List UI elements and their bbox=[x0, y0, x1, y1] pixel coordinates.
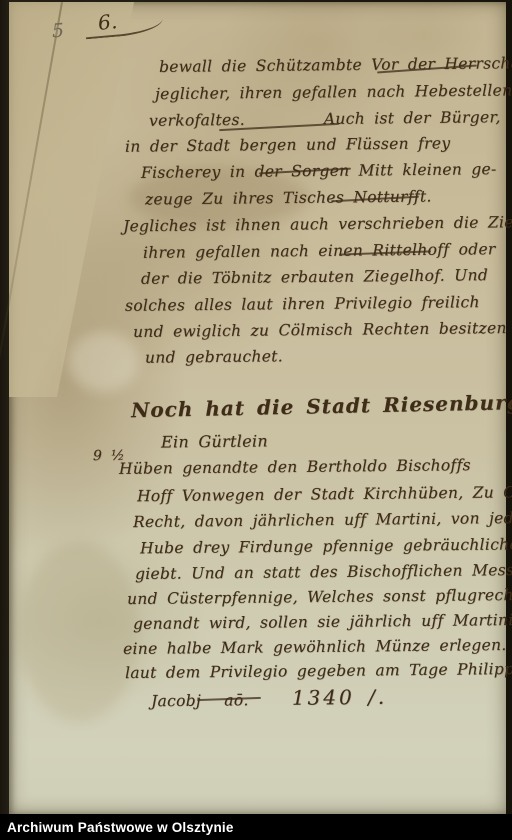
date-prefix: Jacobj bbox=[151, 692, 201, 711]
manuscript-line: Hube drey Firdunge pfennige gebräuchlich… bbox=[140, 535, 512, 558]
water-stain bbox=[19, 542, 139, 722]
manuscript-line: jeglicher, ihren gefallen nach Hebestell… bbox=[155, 81, 512, 103]
manuscript-line: Hoff Vonwegen der Stadt Kirchhüben, Zu C… bbox=[137, 483, 512, 506]
manuscript-line: laut dem Privilegio gegeben am Tage Phil… bbox=[125, 660, 512, 682]
manuscript-line: genandt wird, sollen sie jährlich uff Ma… bbox=[133, 611, 512, 633]
manuscript-line: verkofaltes. Auch ist der Bürger, bbox=[149, 108, 501, 130]
section-subheading: Ein Gürtlein bbox=[161, 431, 268, 451]
manuscript-line: und ewiglich zu Cölmisch Rechten besitze… bbox=[133, 319, 507, 341]
manuscript-line: giebt. Und an statt des Bischofflichen M… bbox=[135, 561, 512, 583]
manuscript-line: eine halbe Mark gewöhnlich Münze erlegen… bbox=[123, 636, 507, 658]
manuscript-line: und Cüsterpfennige, Welches sonst pflugr… bbox=[127, 586, 512, 608]
date-year: 1340 /. bbox=[292, 685, 388, 710]
date-ad: aō. bbox=[224, 691, 249, 709]
folio-number-pencil: 5 bbox=[51, 20, 65, 43]
manuscript-line: in der Stadt bergen und Flüssen frey bbox=[125, 134, 451, 155]
archive-watermark-bar: Archiwum Państwowe w Olsztynie bbox=[0, 814, 512, 840]
manuscript-page: 5 6. bewall die Schützambte Vor der Herr… bbox=[9, 2, 506, 814]
manuscript-line: ihren gefallen nach einen Rittelhoff ode… bbox=[143, 240, 496, 262]
paper-highlight bbox=[69, 332, 139, 392]
manuscript-line: der die Töbnitz erbauten Ziegelhof. Und bbox=[141, 266, 488, 288]
manuscript-line: Recht, davon jährlichen uff Martini, von… bbox=[133, 509, 512, 531]
manuscript-line: Jegliches ist ihnen auch verschrieben di… bbox=[123, 213, 512, 236]
manuscript-scan: 5 6. bewall die Schützambte Vor der Herr… bbox=[0, 0, 512, 840]
manuscript-line: und gebrauchet. bbox=[145, 347, 283, 366]
section-heading: Noch hat die Stadt Riesenburgk bbox=[131, 390, 512, 422]
manuscript-line: Hüben genandte den Bertholdo Bischoffs bbox=[119, 456, 471, 478]
archive-name: Archiwum Państwowe w Olsztynie bbox=[0, 820, 234, 835]
manuscript-line: solches alles laut ihren Privilegio frei… bbox=[125, 293, 480, 315]
date-line: Jacobj aō. 1340 /. bbox=[151, 685, 387, 711]
